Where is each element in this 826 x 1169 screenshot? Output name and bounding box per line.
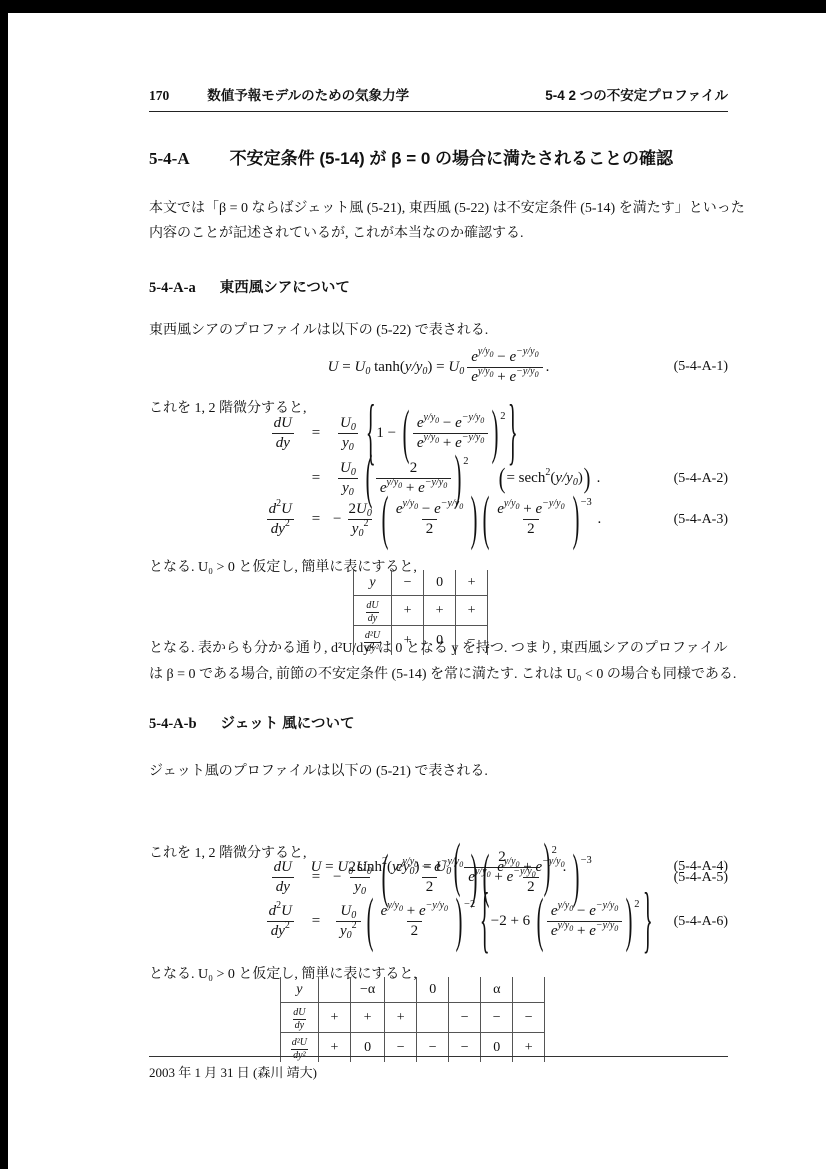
math-fraction: ey/y0 + e−y/y02 [493,858,568,897]
math-subscript: 0 [351,467,356,478]
math-subscript: 0 [490,370,494,379]
document-page: 170 数値予報モデルのための気象力学 5-4 2 つの不安定プロファイル 5-… [0,0,826,1169]
fraction-numerator: 2U0 [344,858,375,877]
close-bracket: ) [583,464,590,493]
intro-paragraph: 本文では「β = 0 ならばジェット風 (5-21), 東西風 (5-22) は… [149,196,728,246]
equation-rhs: U0y02(ey/y0 + e−y/y02)−2{−2 + 6 (ey/y0 −… [333,902,655,941]
math-subscript: 0 [443,481,447,490]
scan-edge-top [0,0,826,13]
fraction-numerator: dU [291,1007,307,1019]
math-italic: −y/y [425,477,443,488]
fraction-numerator: U0 [336,414,360,433]
sign-cell [319,977,351,1003]
math-subscript: 0 [349,442,354,453]
math-subscript: 0 [414,502,418,511]
math-italic: −y/y [441,856,459,867]
equation-number: (5-4-A-1) [674,359,728,375]
math-fraction: d2Udy2 [265,902,296,941]
math-roman: − [573,903,589,920]
equation-lhs: d2Udy2 [149,902,299,941]
math-italic: y/y [405,359,422,376]
math-italic: d [269,501,277,518]
math-roman: 1 − [376,425,399,442]
math-group: (ey/y0 − e−y/y0ey/y0 + e−y/y0)2 [536,902,640,941]
equation-relation: = [299,470,333,487]
equation-5-4-a-2: dUdy=U0y0{1 − (ey/y0 − e−y/y0ey/y0 + e−y… [149,414,728,498]
math-roman: 2 [527,521,535,538]
sign-cell: − [417,1033,449,1063]
math-superscript: −y/y0 [425,477,447,488]
fraction-denominator: dy [366,612,379,625]
book-title: 数値予報モデルのための気象力学 [207,84,409,104]
math-superscript: y/y0 [387,900,403,911]
fraction-numerator: dU [270,414,296,433]
math-italic: e [471,369,478,386]
math-roman: 2 [285,920,290,931]
math-superscript: 2 [285,920,290,931]
math-italic: U [448,359,459,376]
math-italic: e [396,501,403,518]
equation-rhs: U0y0{1 − (ey/y0 − e−y/y0ey/y0 + e−y/y0)2… [333,414,600,453]
math-italic: e [471,349,478,366]
fraction-denominator: dy [272,433,294,453]
math-subscript: 0 [459,860,463,869]
math-superscript: y/y0 [478,366,494,377]
math-superscript: −y/y0 [596,920,618,931]
math-group: {−2 + 6 (ey/y0 − e−y/y0ey/y0 + e−y/y0)2} [479,902,653,941]
open-bracket: ( [381,848,388,908]
equation-5-4-a-1: U = U0 tanh(y/y0) = U0ey/y0 − e−y/y0ey/y… [149,338,728,396]
math-superscript: y/y0 [424,412,440,423]
math-roman: 2 [352,920,357,931]
math-subscript: 0 [459,366,464,377]
math-subscript: 0 [398,481,402,490]
math-italic: y/y [555,470,572,487]
math-superscript: y/y0 [402,856,418,867]
math-fraction: ey/y0 − e−y/y0ey/y0 + e−y/y0 [467,348,542,387]
math-roman: . [546,359,550,376]
fraction-denominator: dy² [291,1049,307,1062]
math-subscript: 0 [358,528,363,539]
sign-cell: + [319,1003,351,1033]
math-roman: + [520,501,536,518]
math-group: (ey/y0 + e−y/y02)−3 [482,500,592,539]
math-superscript: 2 [285,518,290,529]
math-italic: U [356,501,367,518]
math-roman: + [402,480,418,497]
math-roman: . [593,470,601,487]
math-superscript: −y/y0 [441,498,463,509]
math-italic: y/y [402,856,414,867]
fraction-denominator: y02 [336,921,361,941]
sign-cell: − [385,1033,417,1063]
open-bracket: ( [366,892,373,952]
math-italic: y [340,923,347,940]
row-label: y [369,575,375,590]
sign-cell: + [513,1033,545,1063]
equation-number: (5-4-A-6) [674,914,728,930]
math-italic: y/y [558,920,570,931]
math-superscript: y/y0 [424,432,440,443]
math-italic: y/y [387,477,399,488]
sign-table-body: y−α0αdUdy+++−−−d²Udy²+0−−−0+ [280,977,544,1062]
equation-5-4-a-3: d2Udy2=−2U0y02(ey/y0 − e−y/y02)(ey/y0 + … [149,500,728,539]
math-italic: y/y [478,366,490,377]
math-italic: dy [271,521,285,538]
fraction-numerator: dU [364,600,380,612]
intro-line-2: 内容のことが記述されているが, これが本当なのか確認する. [149,221,728,246]
equation-number: (5-4-A-3) [674,512,728,528]
group-body: ey/y0 + e−y/y02 [490,500,571,539]
math-italic: e [497,859,504,876]
fraction-denominator: ey/y0 + e−y/y0 [547,921,622,941]
section-number: 5-4-A [149,149,190,169]
math-italic: d [269,903,277,920]
equation-lhs: d2Udy2 [149,500,299,539]
math-subscript: 0 [535,350,539,359]
math-superscript: 2 [363,518,368,529]
close-bracket: ) [572,490,579,550]
sign-cell: + [351,1003,385,1033]
math-subscript: 0 [399,904,403,913]
math-roman: + [573,923,589,940]
math-italic: e [419,903,426,920]
close-bracket: ) [572,848,579,908]
math-roman: = [339,359,355,376]
math-roman: −3 [581,497,592,508]
sign-cell: − [513,1003,545,1033]
math-roman: ) = [427,359,448,376]
sign-cell: α [481,977,513,1003]
math-superscript: y/y0 [402,498,418,509]
math-fraction: ey/y0 − e−y/y0ey/y0 + e−y/y0 [547,902,622,941]
math-subscript: 0 [480,436,484,445]
math-italic: dy [276,435,290,452]
subsection-b-heading: 5-4-A-b ジェット 風について [149,712,728,733]
equation-lhs: dUdy [149,414,299,453]
sign-cell: + [456,596,488,626]
math-roman: − [418,859,434,876]
equation-relation: = [299,425,333,442]
math-italic: y/y [424,412,436,423]
sign-cell: −α [351,977,385,1003]
close-bracket: } [642,884,652,958]
fraction-numerator: U0 [336,902,360,921]
equation-number: (5-4-A-5) [674,870,728,886]
math-subscript: 0 [561,860,565,869]
fraction-denominator: 2 [407,921,423,941]
math-roman: 2 [426,521,434,538]
table-row: d²Udy²+0−−−0+ [280,1033,544,1063]
page-number: 170 [149,88,169,104]
fraction-numerator: ey/y0 − e−y/y0 [413,414,488,433]
math-subscript: 0 [459,502,463,511]
equation-body: U = U0 tanh(y/y0) = U0ey/y0 − e−y/y0ey/y… [328,348,550,387]
conclusion-line-2: は β = 0 である場合, 前節の不安定条件 (5-14) を常に満たす. こ… [149,662,728,688]
group-body: ey/y0 − e−y/y0ey/y0 + e−y/y0 [544,902,625,941]
math-italic: y/y [478,346,490,357]
open-bracket: ( [483,490,490,550]
math-group: {1 − (ey/y0 − e−y/y0ey/y0 + e−y/y0)2} [365,414,519,453]
math-superscript: 2 [276,498,281,509]
math-roman: − [418,501,434,518]
group-body: 1 − (ey/y0 − e−y/y0ey/y0 + e−y/y0)2 [376,414,507,453]
sign-table: y−α0αdUdy+++−−−d²Udy²+0−−−0+ [280,977,545,1062]
sign-cell [449,977,481,1003]
table-row: dUdy+++−−− [280,1003,544,1033]
sign-cell: − [449,1033,481,1063]
math-subscript: 0 [516,860,520,869]
math-italic: −y/y [542,856,560,867]
math-subscript: 0 [573,477,578,488]
math-italic: dU [274,415,292,432]
math-italic: y [354,879,361,896]
sign-cell: 0 [481,1033,513,1063]
math-subscript: 0 [516,502,520,511]
math-fraction: d2Udy2 [265,500,296,539]
math-italic: e [589,903,596,920]
fraction-denominator: ey/y0 + e−y/y0 [467,367,542,387]
fraction-numerator: ey/y0 + e−y/y0 [493,858,568,877]
row-label-fraction: d²Udy² [290,1037,309,1061]
subsection-a-conclusion: となる. 表からも分かる通り, d²U/dy² は 0 となる y を持つ. つ… [149,636,728,688]
fraction-numerator: ey/y0 − e−y/y0 [547,902,622,921]
math-fraction: ey/y0 − e−y/y0ey/y0 + e−y/y0 [413,414,488,453]
row-label-fraction: dUdy [291,1007,307,1031]
math-italic: e [434,859,441,876]
math-italic: y/y [504,498,516,509]
subsection-a-title: 東西風シアについて [220,276,350,297]
math-roman: 2 [285,518,290,529]
table-row: y−0+ [353,570,487,596]
math-fraction: dUdy [270,414,296,453]
math-subscript: 0 [435,436,439,445]
sign-cell: + [456,570,488,596]
math-italic: −y/y [596,900,614,911]
sign-cell [513,977,545,1003]
close-bracket: ) [456,892,463,952]
group-exponent: 2 [463,456,468,467]
math-roman: . [594,511,602,528]
intro-line-1: 本文では「β = 0 ならばジェット風 (5-21), 東西風 (5-22) は… [149,196,728,221]
sign-cell: + [392,596,424,626]
math-roman: 2 [348,501,356,518]
math-italic: e [551,903,558,920]
math-roman: 2 [276,498,281,509]
math-subscript: 0 [614,904,618,913]
equation-number: (5-4-A-2) [674,471,728,487]
math-superscript: −y/y0 [516,366,538,377]
sign-cell: 0 [424,570,456,596]
subsection-b-title: ジェット 風について [221,712,355,733]
row-label-cell: y [353,570,391,596]
math-italic: y [342,480,349,497]
math-italic: y/y [424,432,436,443]
group-body: ey/y0 − e−y/y0ey/y0 + e−y/y0 [410,414,491,453]
math-italic: y/y [387,900,399,911]
fraction-denominator: y02 [348,519,373,539]
math-italic: U [328,359,339,376]
math-italic: −y/y [516,346,534,357]
math-italic: e [434,501,441,518]
group-exponent: −2 [464,899,475,910]
math-roman: − [494,349,510,366]
math-italic: y/y [402,498,414,509]
math-roman: 2 [500,411,505,422]
math-italic: y [352,521,359,538]
math-subscript: 0 [367,866,372,877]
fraction-numerator: ey/y0 − e−y/y0 [392,858,467,877]
header-left: 170 数値予報モデルのための気象力学 [149,84,409,104]
group-body: −2 + 6 (ey/y0 − e−y/y0ey/y0 + e−y/y0)2 [491,902,642,941]
math-italic: −y/y [542,498,560,509]
math-roman: −2 [464,899,475,910]
math-italic: U [340,415,351,432]
math-superscript: y/y0 [558,920,574,931]
math-subscript: 0 [569,924,573,933]
math-roman: ) [578,470,583,487]
open-bracket: ( [499,464,506,493]
sign-cell: − [449,1003,481,1033]
math-fraction: 2U0y02 [344,500,375,539]
math-italic: U [340,460,351,477]
group-body: ey/y0 + e−y/y02 [490,858,571,897]
sign-cell: − [392,570,424,596]
math-superscript: 2 [276,900,281,911]
math-group: (ey/y0 − e−y/y02) [381,500,478,539]
math-italic: e [510,349,517,366]
math-subscript: 0 [490,350,494,359]
math-superscript: y/y0 [558,900,574,911]
math-roman: 2 [463,456,468,467]
math-fraction: dUdy [270,858,296,897]
math-italic: e [381,903,388,920]
fraction-denominator: y0 [338,433,358,453]
math-italic: dU [274,859,292,876]
group-body: ey/y0 − e−y/y02 [389,500,470,539]
math-italic: e [396,859,403,876]
section-title: 不安定条件 (5-14) が β = 0 の場合に満たされることの確認 [230,144,673,169]
math-italic: −y/y [462,412,480,423]
math-roman: − [333,511,341,528]
sign-cell: + [319,1033,351,1063]
group-exponent: 2 [500,411,505,422]
fraction-denominator: dy [293,1019,306,1032]
math-superscript: −y/y0 [462,432,484,443]
equation-5-4-a-5: dUdy=−2U0y0(ey/y0 − e−y/y02)(ey/y0 + e−y… [149,858,728,897]
math-roman: 2 [348,859,356,876]
math-italic: dy [271,923,285,940]
section-heading: 5-4-A 不安定条件 (5-14) が β = 0 の場合に満たされることの確… [149,144,728,169]
math-superscript: y/y0 [504,498,520,509]
math-italic: e [510,369,517,386]
math-subscript: 0 [561,502,565,511]
math-italic: e [535,501,542,518]
sign-table-jet: y−α0αdUdy+++−−−d²Udy²+0−−−0+ [123,977,702,1062]
row-label-cell: y [280,977,318,1003]
fraction-denominator: 2 [422,877,438,897]
math-superscript: −y/y0 [596,900,618,911]
math-subscript: 0 [351,422,356,433]
math-italic: U [356,859,367,876]
sign-cell: − [481,1003,513,1033]
header-chapter: 5-4 2 つの不安定プロファイル [545,84,728,104]
math-italic: −y/y [596,920,614,931]
subsection-b-number: 5-4-A-b [149,716,197,733]
row-label-cell: d²Udy² [280,1033,318,1063]
math-italic: U [340,903,351,920]
fraction-numerator: ey/y0 + e−y/y0 [377,902,452,921]
subsection-a-number: 5-4-A-a [149,280,196,297]
math-superscript: y/y0 [478,346,494,357]
fraction-numerator: dU [270,858,296,877]
fraction-denominator: dy2 [267,519,294,539]
math-subscript: 0 [535,370,539,379]
equation-5-4-a-6: d2Udy2=U0y02(ey/y0 + e−y/y02)−2{−2 + 6 (… [149,902,728,941]
math-superscript: 2 [352,920,357,931]
sign-cell: 0 [351,1033,385,1063]
math-italic: y/y [504,856,516,867]
math-roman: 2 [545,467,550,478]
fraction-denominator: y0 [338,478,358,498]
math-italic: e [418,480,425,497]
fraction-denominator: dy2 [267,921,294,941]
close-bracket: ) [626,892,633,952]
fraction-numerator: ey/y0 − e−y/y0 [467,348,542,367]
open-bracket: { [480,884,490,958]
math-italic: e [497,501,504,518]
math-superscript: −y/y0 [542,856,564,867]
row-label: y [296,982,302,997]
math-subscript: 0 [422,366,427,377]
math-superscript: y/y0 [387,477,403,488]
sign-cell: + [424,596,456,626]
conclusion-line-1: となる. 表からも分かる通り, d²U/dy² は 0 となる y を持つ. つ… [149,636,728,662]
math-subscript: 0 [365,366,370,377]
math-roman: −3 [581,855,592,866]
group-body: = sech2(y/y0) [506,470,582,487]
fraction-numerator: 2U0 [344,500,375,519]
math-italic: U [281,903,292,920]
open-bracket: ( [381,490,388,550]
equation-relation: = [299,869,333,886]
math-subscript: 0 [569,904,573,913]
math-italic: −y/y [426,900,444,911]
math-roman: + [439,435,455,452]
math-italic: e [455,415,462,432]
fraction-numerator: U0 [336,459,360,478]
math-group: (2ey/y0 + e−y/y0)2 [365,459,469,498]
math-roman: 2 [634,899,639,910]
fraction-denominator: 2 [422,519,438,539]
sign-cell [417,1003,449,1033]
math-roman: 2 [426,879,434,896]
math-subscript: 0 [444,904,448,913]
fraction-numerator: d2U [265,902,296,921]
row-label-cell: dUdy [280,1003,318,1033]
math-italic: −y/y [441,498,459,509]
group-exponent: −3 [581,855,592,866]
table-row: y−α0α [280,977,544,1003]
math-italic: e [417,435,424,452]
math-subscript: 0 [435,416,439,425]
subsection-a-heading: 5-4-A-a 東西風シアについて [149,276,728,297]
math-subscript: 0 [347,930,352,941]
math-subscript: 0 [361,886,366,897]
math-italic: y [342,435,349,452]
math-subscript: 0 [349,487,354,498]
math-roman: − [439,415,455,432]
